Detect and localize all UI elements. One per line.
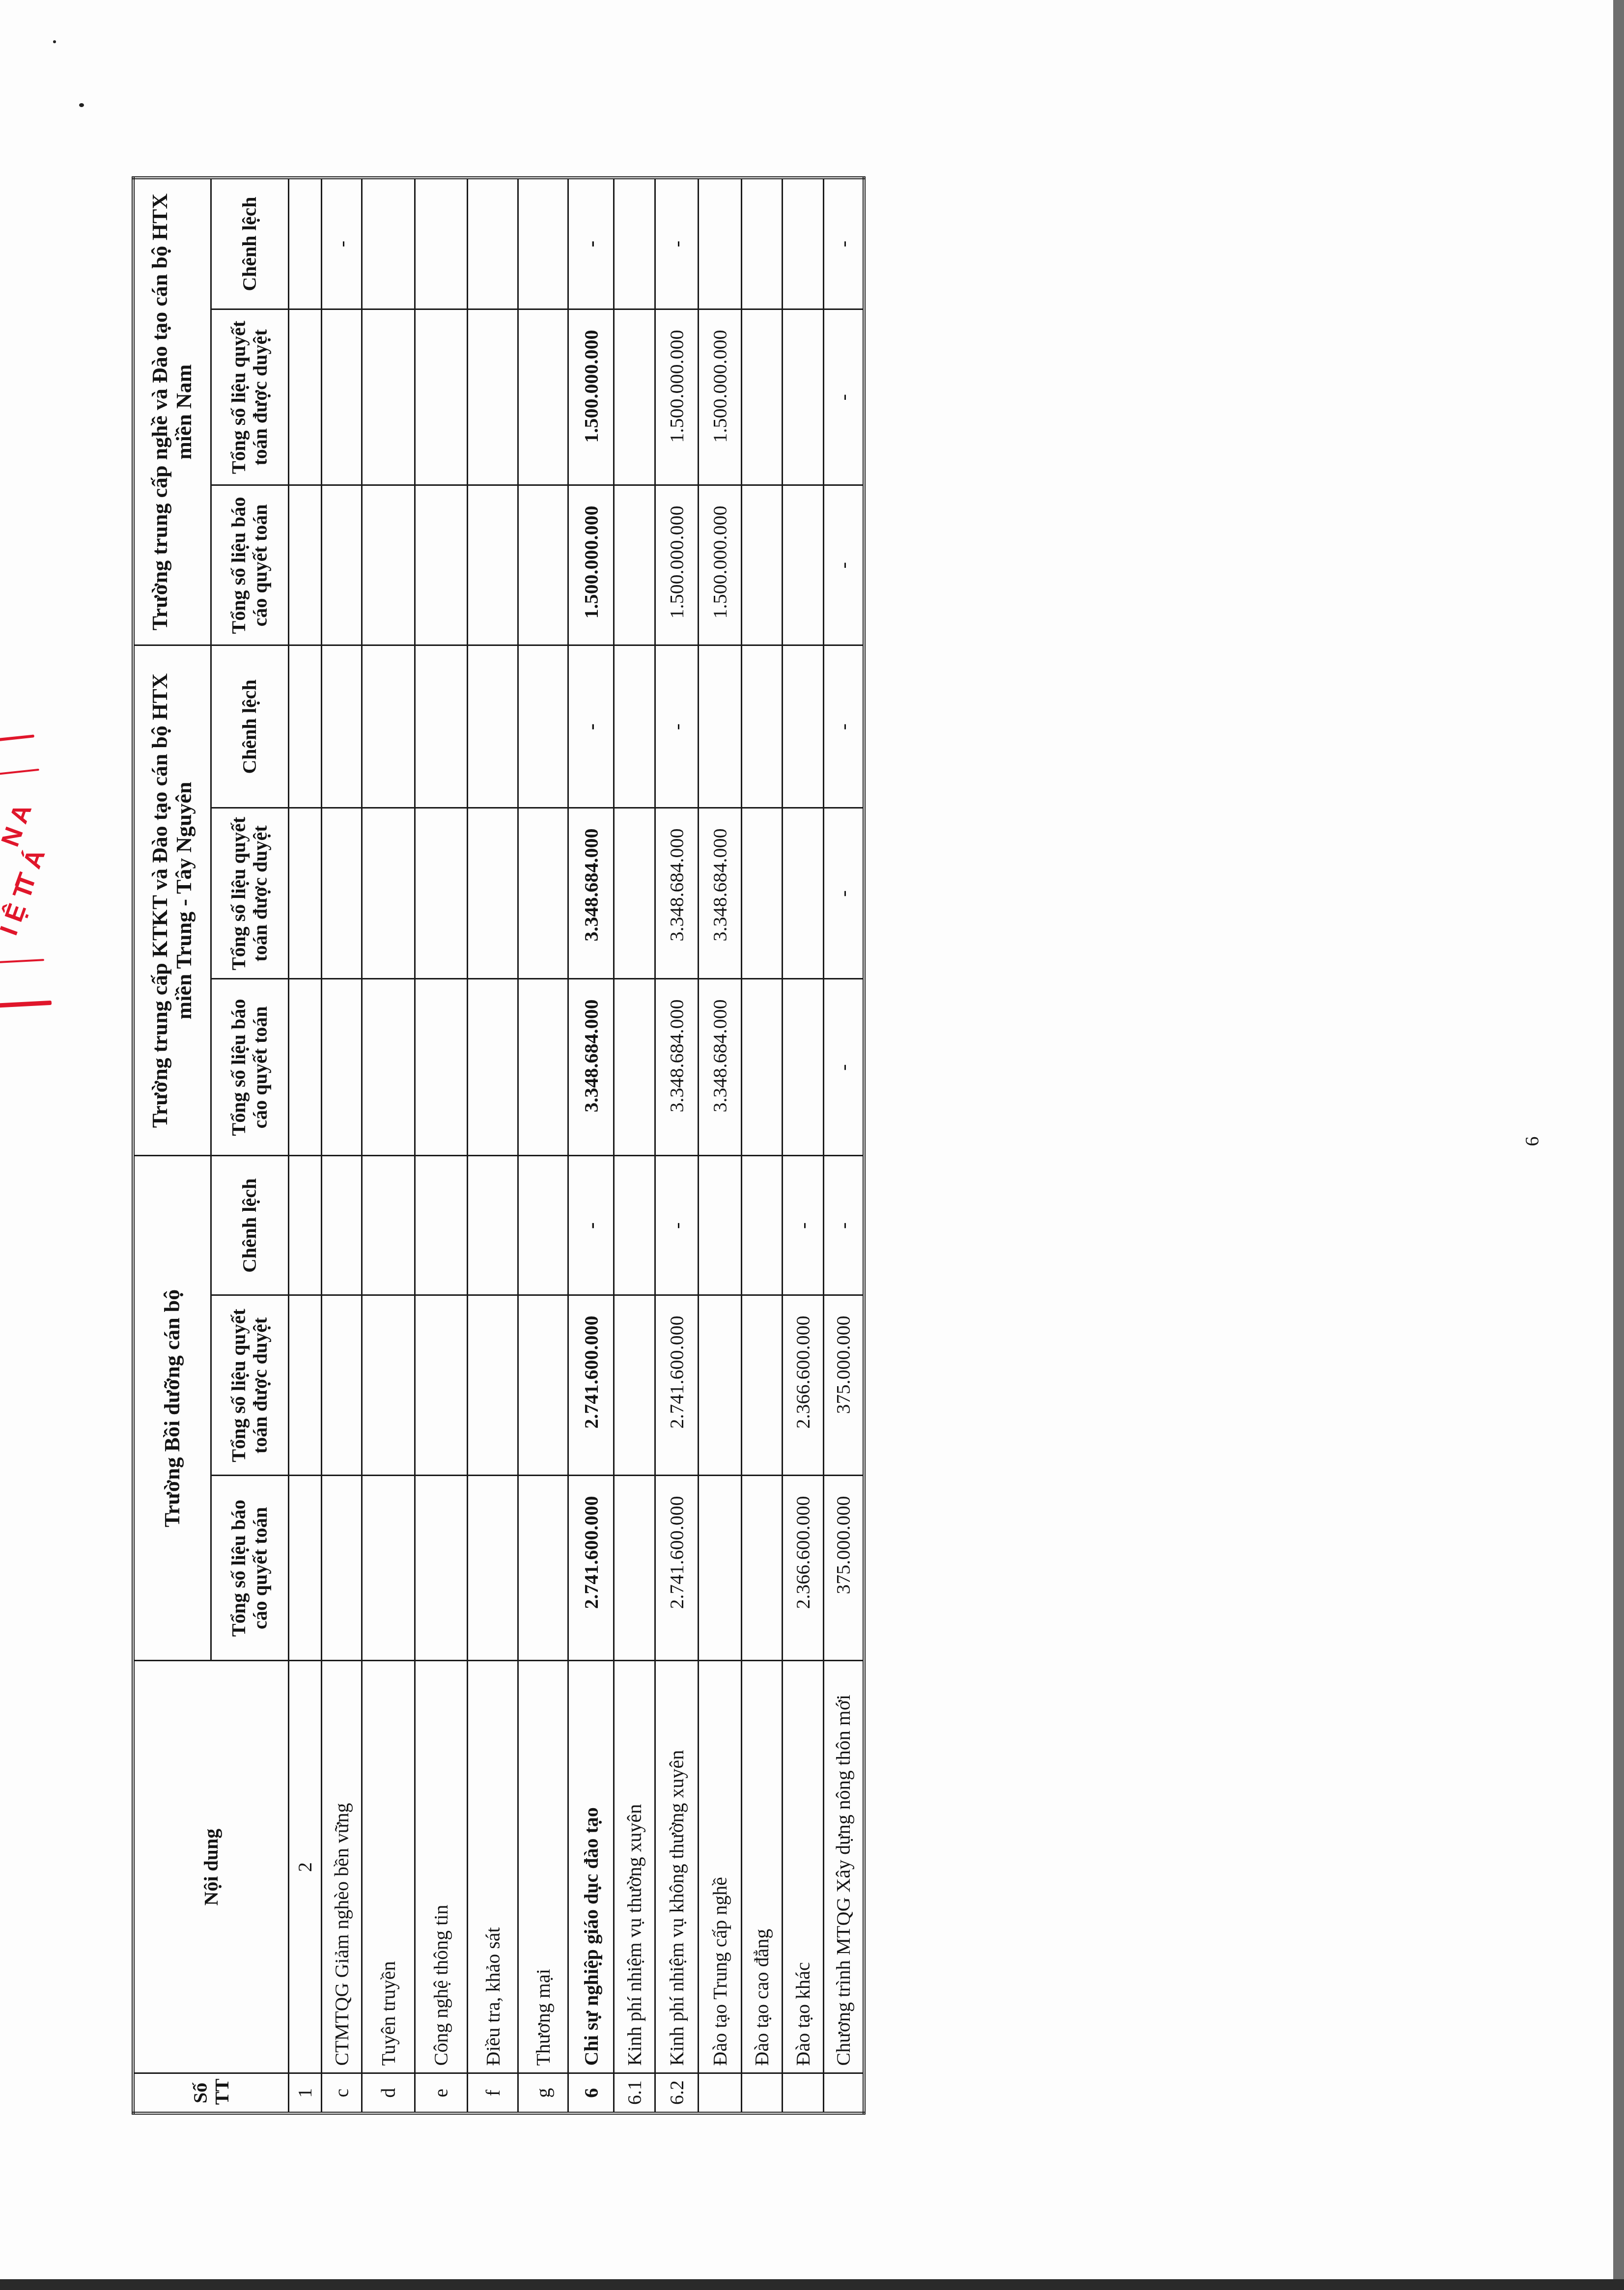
reported-value bbox=[415, 979, 467, 1156]
reported-value bbox=[467, 1476, 518, 1661]
row-number bbox=[823, 2073, 864, 2113]
row-label: Tuyên truyền bbox=[362, 1661, 415, 2073]
row-label: Thương mại bbox=[518, 1661, 568, 2073]
difference-value bbox=[362, 178, 415, 309]
difference-value bbox=[415, 178, 467, 309]
row-number: 6 bbox=[568, 2073, 614, 2113]
reported-value: 375.000.000 bbox=[823, 1476, 864, 1661]
difference-value: - bbox=[568, 178, 614, 309]
settlement-table: Số TT Nội dung Trường Bồi dưỡng cán bộ T… bbox=[132, 176, 866, 2115]
row-number bbox=[782, 2073, 823, 2113]
difference-value bbox=[518, 645, 568, 808]
reported-value bbox=[782, 979, 823, 1156]
difference-value bbox=[467, 1156, 518, 1295]
reported-value: - bbox=[823, 979, 864, 1156]
rotated-page-content: Số TT Nội dung Trường Bồi dưỡng cán bộ T… bbox=[132, 179, 866, 2115]
difference-value: - bbox=[823, 1156, 864, 1295]
approved-value bbox=[518, 1295, 568, 1476]
reported-value: 2.741.600.000 bbox=[655, 1476, 699, 1661]
index-cell: 2 bbox=[288, 1661, 321, 2073]
row-label: Điều tra, khảo sát bbox=[467, 1661, 518, 2073]
table-row: dTuyên truyền bbox=[362, 178, 415, 2113]
approved-value bbox=[362, 808, 415, 979]
table-row: Đào tạo Trung cấp nghề3.348.684.0003.348… bbox=[699, 178, 742, 2113]
approved-value: 3.348.684.000 bbox=[568, 808, 614, 979]
approved-value bbox=[782, 309, 823, 485]
scan-edge-bottom bbox=[0, 2279, 1624, 2290]
reported-value bbox=[782, 485, 823, 645]
reported-value: 2.741.600.000 bbox=[568, 1476, 614, 1661]
approved-value: - bbox=[823, 808, 864, 979]
approved-value bbox=[742, 808, 783, 979]
difference-value bbox=[614, 645, 655, 808]
row-label: Kinh phí nhiệm vụ không thường xuyên bbox=[655, 1661, 699, 2073]
reported-value bbox=[699, 1476, 742, 1661]
difference-value bbox=[467, 178, 518, 309]
header-difference: Chênh lệch bbox=[211, 1156, 288, 1295]
reported-value bbox=[415, 485, 467, 645]
table-row: 6.2Kinh phí nhiệm vụ không thường xuyên2… bbox=[655, 178, 699, 2113]
difference-value: - bbox=[823, 645, 864, 808]
reported-value: 1.500.000.000 bbox=[568, 485, 614, 645]
difference-value: - bbox=[655, 1156, 699, 1295]
row-label: Đào tạo Trung cấp nghề bbox=[699, 1661, 742, 2073]
row-number bbox=[699, 2073, 742, 2113]
row-label: Chương trình MTQG Xây dựng nông thôn mới bbox=[823, 1661, 864, 2073]
approved-value: 1.500.000.000 bbox=[568, 309, 614, 485]
stamp-text: N A bbox=[0, 800, 38, 851]
row-label: Công nghệ thông tin bbox=[415, 1661, 467, 2073]
reported-value bbox=[518, 979, 568, 1156]
table-row: cCTMTQG Giảm nghèo bền vững- bbox=[321, 178, 362, 2113]
table-row: eCông nghệ thông tin bbox=[415, 178, 467, 2113]
approved-value: 3.348.684.000 bbox=[699, 808, 742, 979]
difference-value: - bbox=[782, 1156, 823, 1295]
difference-value bbox=[614, 178, 655, 309]
difference-value bbox=[467, 645, 518, 808]
header-stt: Số TT bbox=[133, 2073, 288, 2113]
approved-value bbox=[699, 1295, 742, 1476]
row-number: 6.1 bbox=[614, 2073, 655, 2113]
approved-value bbox=[467, 1295, 518, 1476]
difference-value bbox=[742, 1156, 783, 1295]
row-number: d bbox=[362, 2073, 415, 2113]
header-approved: Tổng số liệu quyết toán được duyệt bbox=[211, 1295, 288, 1476]
reported-value bbox=[742, 1476, 783, 1661]
approved-value bbox=[467, 808, 518, 979]
approved-value bbox=[614, 309, 655, 485]
reported-value bbox=[614, 979, 655, 1156]
scan-speck bbox=[53, 40, 56, 43]
header-group-2: Trường trung cấp KTKT và Đào tạo cán bộ … bbox=[133, 645, 211, 1156]
reported-value bbox=[362, 1476, 415, 1661]
difference-value bbox=[614, 1156, 655, 1295]
header-difference: Chênh lệch bbox=[211, 178, 288, 309]
reported-value bbox=[467, 485, 518, 645]
reported-value bbox=[362, 979, 415, 1156]
header-difference: Chênh lệch bbox=[211, 645, 288, 808]
difference-value bbox=[699, 178, 742, 309]
reported-value bbox=[362, 485, 415, 645]
page-number: 6 bbox=[1520, 1137, 1543, 1146]
table-row: 6Chi sự nghiệp giáo dục đào tạo2.741.600… bbox=[568, 178, 614, 2113]
approved-value bbox=[362, 309, 415, 485]
header-group-1: Trường Bồi dưỡng cán bộ bbox=[133, 1156, 211, 1661]
row-label: CTMTQG Giảm nghèo bền vững bbox=[321, 1661, 362, 2073]
table-row: Chương trình MTQG Xây dựng nông thôn mới… bbox=[823, 178, 864, 2113]
reported-value: 3.348.684.000 bbox=[655, 979, 699, 1156]
row-number: c bbox=[321, 2073, 362, 2113]
header-approved: Tổng số liệu quyết toán được duyệt bbox=[211, 808, 288, 979]
reported-value bbox=[614, 1476, 655, 1661]
approved-value bbox=[415, 808, 467, 979]
row-label: Chi sự nghiệp giáo dục đào tạo bbox=[568, 1661, 614, 2073]
difference-value bbox=[742, 645, 783, 808]
approved-value bbox=[321, 808, 362, 979]
difference-value bbox=[782, 645, 823, 808]
scan-edge-right bbox=[1613, 0, 1624, 2290]
table-row: Đào tạo cao đẳng bbox=[742, 178, 783, 2113]
approved-value: - bbox=[823, 309, 864, 485]
difference-value bbox=[362, 645, 415, 808]
approved-value: 2.741.600.000 bbox=[655, 1295, 699, 1476]
difference-value: - bbox=[655, 178, 699, 309]
approved-value bbox=[321, 1295, 362, 1476]
reported-value bbox=[321, 979, 362, 1156]
header-reported: Tổng số liệu báo cáo quyết toán bbox=[211, 485, 288, 645]
red-seal-stamp: N A T Á I Ệ T bbox=[0, 722, 69, 1022]
difference-value bbox=[415, 1156, 467, 1295]
difference-value: - bbox=[823, 178, 864, 309]
reported-value: - bbox=[823, 485, 864, 645]
reported-value bbox=[415, 1476, 467, 1661]
reported-value bbox=[614, 485, 655, 645]
reported-value bbox=[518, 1476, 568, 1661]
difference-value bbox=[321, 645, 362, 808]
row-label: Kinh phí nhiệm vụ thường xuyên bbox=[614, 1661, 655, 2073]
approved-value bbox=[782, 808, 823, 979]
reported-value bbox=[321, 485, 362, 645]
approved-value bbox=[614, 1295, 655, 1476]
reported-value bbox=[742, 485, 783, 645]
approved-value bbox=[467, 309, 518, 485]
reported-value: 3.348.684.000 bbox=[568, 979, 614, 1156]
row-number: e bbox=[415, 2073, 467, 2113]
difference-value: - bbox=[655, 645, 699, 808]
header-reported: Tổng số liệu báo cáo quyết toán bbox=[211, 979, 288, 1156]
difference-value bbox=[362, 1156, 415, 1295]
difference-value bbox=[699, 645, 742, 808]
reported-value: 1.500.000.000 bbox=[655, 485, 699, 645]
approved-value bbox=[614, 808, 655, 979]
stamp-text: I Ệ T bbox=[0, 878, 40, 939]
approved-value: 3.348.684.000 bbox=[655, 808, 699, 979]
row-number: f bbox=[467, 2073, 518, 2113]
header-group-3: Trường trung cấp nghề và Đào tạo cán bộ … bbox=[133, 178, 211, 645]
approved-value bbox=[518, 309, 568, 485]
approved-value bbox=[742, 1295, 783, 1476]
table-row: 6.1Kinh phí nhiệm vụ thường xuyên bbox=[614, 178, 655, 2113]
reported-value: 1.500.000.000 bbox=[699, 485, 742, 645]
header-approved: Tổng số liệu quyết toán được duyệt bbox=[211, 309, 288, 485]
approved-value: 1.500.000.000 bbox=[655, 309, 699, 485]
approved-value: 375.000.000 bbox=[823, 1295, 864, 1476]
reported-value bbox=[321, 1476, 362, 1661]
reported-value bbox=[518, 485, 568, 645]
approved-value: 2.741.600.000 bbox=[568, 1295, 614, 1476]
row-label: Đào tạo cao đẳng bbox=[742, 1661, 783, 2073]
reported-value: 3.348.684.000 bbox=[699, 979, 742, 1156]
row-number: g bbox=[518, 2073, 568, 2113]
difference-value bbox=[518, 178, 568, 309]
difference-value: - bbox=[568, 645, 614, 808]
table-row: gThương mại bbox=[518, 178, 568, 2113]
approved-value bbox=[415, 1295, 467, 1476]
reported-value bbox=[467, 979, 518, 1156]
index-cell: 1 bbox=[288, 2073, 321, 2113]
scan-speck bbox=[79, 103, 84, 107]
row-number: 6.2 bbox=[655, 2073, 699, 2113]
difference-value bbox=[518, 1156, 568, 1295]
difference-value: - bbox=[568, 1156, 614, 1295]
table-row: fĐiều tra, khảo sát bbox=[467, 178, 518, 2113]
header-reported: Tổng số liệu báo cáo quyết toán bbox=[211, 1476, 288, 1661]
approved-value bbox=[362, 1295, 415, 1476]
reported-value bbox=[742, 979, 783, 1156]
row-number bbox=[742, 2073, 783, 2113]
difference-value bbox=[742, 178, 783, 309]
difference-value: - bbox=[321, 178, 362, 309]
approved-value bbox=[321, 309, 362, 485]
difference-value bbox=[699, 1156, 742, 1295]
approved-value bbox=[415, 309, 467, 485]
approved-value: 1.500.000.000 bbox=[699, 309, 742, 485]
difference-value bbox=[415, 645, 467, 808]
difference-value bbox=[782, 178, 823, 309]
difference-value bbox=[321, 1156, 362, 1295]
approved-value: 2.366.600.000 bbox=[782, 1295, 823, 1476]
table-row: Đào tạo khác2.366.600.0002.366.600.000- bbox=[782, 178, 823, 2113]
approved-value bbox=[742, 309, 783, 485]
approved-value bbox=[518, 808, 568, 979]
row-label: Đào tạo khác bbox=[782, 1661, 823, 2073]
reported-value: 2.366.600.000 bbox=[782, 1476, 823, 1661]
header-content: Nội dung bbox=[133, 1661, 288, 2073]
